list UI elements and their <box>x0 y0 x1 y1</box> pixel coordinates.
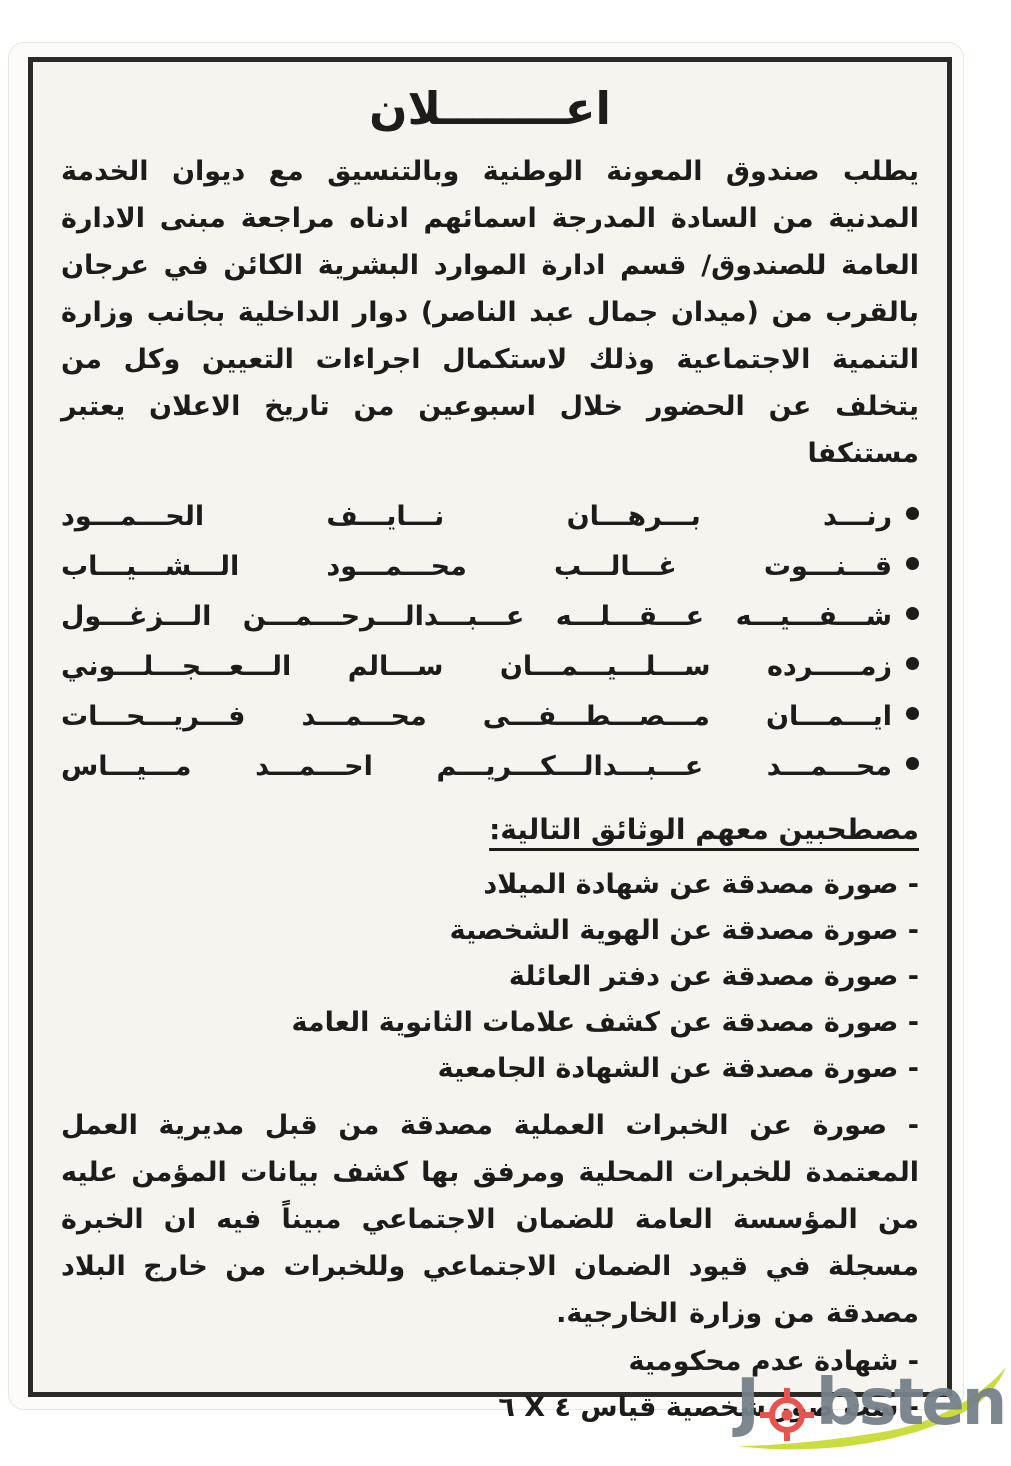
name-text: زمـــــرده ســـلـــيـــمـــان ســـالم ال… <box>61 651 892 682</box>
name-text: محـــمـــد عـــبـــدالـــكـــريـــم احــ… <box>61 751 892 782</box>
bullet-icon <box>906 657 919 670</box>
document-item: - صورة مصدقة عن دفتر العائلة <box>61 954 919 1000</box>
list-item: ايـــمـــان مـــصـــطـــفـــى محـــمـــد… <box>61 691 919 741</box>
jobsten-watermark: J bsten <box>736 1356 1011 1464</box>
document-item: - صورة مصدقة عن الشهادة الجامعية <box>61 1046 919 1092</box>
bullet-icon <box>906 507 919 520</box>
list-item: محـــمـــد عـــبـــدالـــكـــريـــم احــ… <box>61 741 919 791</box>
name-text: قـــنـــوت غـــالـــب محـــمـــود الـــش… <box>61 551 892 582</box>
names-list: رنـــد بـــرهـــان نـــايـــف الحـــمـــ… <box>61 491 919 791</box>
documents-list: - صورة مصدقة عن شهادة الميلاد - صورة مصد… <box>61 862 919 1092</box>
logo-text: J bsten <box>736 1358 1011 1448</box>
logo-text-rest: bsten <box>816 1358 1004 1448</box>
announcement-frame: اعــــــــلان يطلب صندوق المعونة الوطنية… <box>28 57 952 1397</box>
announcement-content: اعــــــــلان يطلب صندوق المعونة الوطنية… <box>33 62 947 1431</box>
bullet-icon <box>906 707 919 720</box>
experience-note-paragraph: - صورة عن الخبرات العملية مصدقة من قبل م… <box>61 1102 919 1337</box>
name-text: رنـــد بـــرهـــان نـــايـــف الحـــمـــ… <box>61 501 892 532</box>
name-text: شـــفـــيـــه عـــقـــلـــه عـــبـــدالـ… <box>61 601 892 632</box>
name-text: ايـــمـــان مـــصـــطـــفـــى محـــمـــد… <box>61 701 892 732</box>
document-item: - صورة مصدقة عن الهوية الشخصية <box>61 908 919 954</box>
documents-heading: مصطحبين معهم الوثائق التالية: <box>61 813 919 846</box>
logo-letter-j: J <box>736 1358 757 1448</box>
document-item: - صورة مصدقة عن شهادة الميلاد <box>61 862 919 908</box>
document-item: - صورة مصدقة عن كشف علامات الثانوية العا… <box>61 1000 919 1046</box>
intro-paragraph: يطلب صندوق المعونة الوطنية وبالتنسيق مع … <box>61 148 919 477</box>
target-icon <box>759 1375 815 1431</box>
list-item: رنـــد بـــرهـــان نـــايـــف الحـــمـــ… <box>61 491 919 541</box>
list-item: قـــنـــوت غـــالـــب محـــمـــود الـــش… <box>61 541 919 591</box>
bullet-icon <box>906 607 919 620</box>
scanned-notice-card: اعــــــــلان يطلب صندوق المعونة الوطنية… <box>8 42 964 1410</box>
bullet-icon <box>906 757 919 770</box>
list-item: شـــفـــيـــه عـــقـــلـــه عـــبـــدالـ… <box>61 591 919 641</box>
announcement-title: اعــــــــلان <box>61 78 919 140</box>
bullet-icon <box>906 557 919 570</box>
list-item: زمـــــرده ســـلـــيـــمـــان ســـالم ال… <box>61 641 919 691</box>
